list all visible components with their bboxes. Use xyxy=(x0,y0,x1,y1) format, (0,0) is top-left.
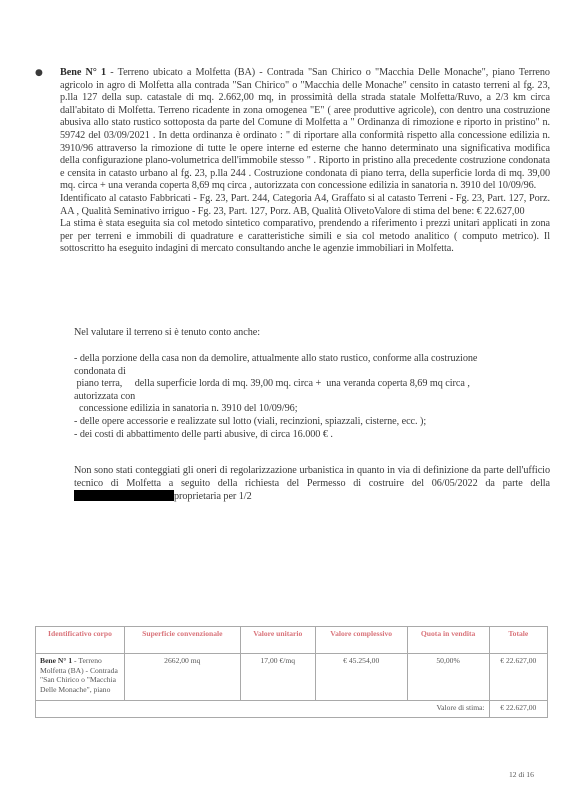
header-valore-unitario: Valore unitario xyxy=(240,627,315,654)
table-summary-row: Valore di stima: € 22.627,00 xyxy=(36,701,548,718)
document-page: ● Bene N° 1 - Terreno ubicato a Molfetta… xyxy=(0,0,565,800)
list-item: concessione edilizia in sanatoria n. 391… xyxy=(74,403,550,416)
cell-valore-unitario: 17,00 €/mq xyxy=(240,654,315,701)
considerations-list: - della porzione della casa non da demol… xyxy=(74,353,550,441)
cell-quota: 50,00% xyxy=(407,654,489,701)
list-item: - delle opere accessorie e realizzate su… xyxy=(74,416,550,429)
bullet-icon: ● xyxy=(35,67,43,80)
header-valore-complessivo: Valore complessivo xyxy=(315,627,407,654)
list-intro: Nel valutare il terreno si è tenuto cont… xyxy=(74,327,550,340)
summary-label: Valore di stima: xyxy=(36,701,490,718)
valuation-table: Identificativo corpo Superficie convenzi… xyxy=(35,626,548,718)
header-totale: Totale xyxy=(489,627,547,654)
closing-text: Non sono stati conteggiati gli oneri di … xyxy=(74,465,550,489)
header-identificativo: Identificativo corpo xyxy=(36,627,125,654)
stima-method-paragraph: La stima è stata eseguita sia col metodo… xyxy=(60,218,550,256)
list-item: - dei costi di abbattimento delle parti … xyxy=(74,429,550,442)
cell-identificativo: Bene N° 1 - Terreno Molfetta (BA) - Cont… xyxy=(36,654,125,701)
cell-superficie: 2662,00 mq xyxy=(125,654,241,701)
closing-paragraph: Non sono stati conteggiati gli oneri di … xyxy=(74,465,550,504)
table-row: Bene N° 1 - Terreno Molfetta (BA) - Cont… xyxy=(36,654,548,701)
cell-valore-complessivo: € 45.254,00 xyxy=(315,654,407,701)
header-quota: Quota in vendita xyxy=(407,627,489,654)
closing-text-end: proprietaria per 1/2 xyxy=(174,491,252,502)
bene-lead: Bene N° 1 xyxy=(60,67,106,78)
table-header-row: Identificativo corpo Superficie convenzi… xyxy=(36,627,548,654)
summary-value: € 22.627,00 xyxy=(489,701,547,718)
bene-title: - Terreno ubicato a Molfetta (BA) - Cont… xyxy=(106,67,515,78)
catasto-paragraph: Identificato al catasto Fabbricati - Fg.… xyxy=(60,193,550,218)
list-item: - della porzione della casa non da demol… xyxy=(74,353,550,366)
list-item: piano terra, della superficie lorda di m… xyxy=(74,378,550,391)
bene-section: ● Bene N° 1 - Terreno ubicato a Molfetta… xyxy=(60,67,550,256)
redaction-bar xyxy=(74,490,174,501)
cell-totale: € 22.627,00 xyxy=(489,654,547,701)
bene-description: Terreno agricolo in agro di Molfetta all… xyxy=(60,67,550,191)
bene-paragraph: Bene N° 1 - Terreno ubicato a Molfetta (… xyxy=(60,67,550,193)
header-superficie: Superficie convenzionale xyxy=(125,627,241,654)
list-item: condonata di xyxy=(74,366,550,379)
list-item: autorizzata con xyxy=(74,391,550,404)
page-number: 12 di 16 xyxy=(509,770,534,779)
